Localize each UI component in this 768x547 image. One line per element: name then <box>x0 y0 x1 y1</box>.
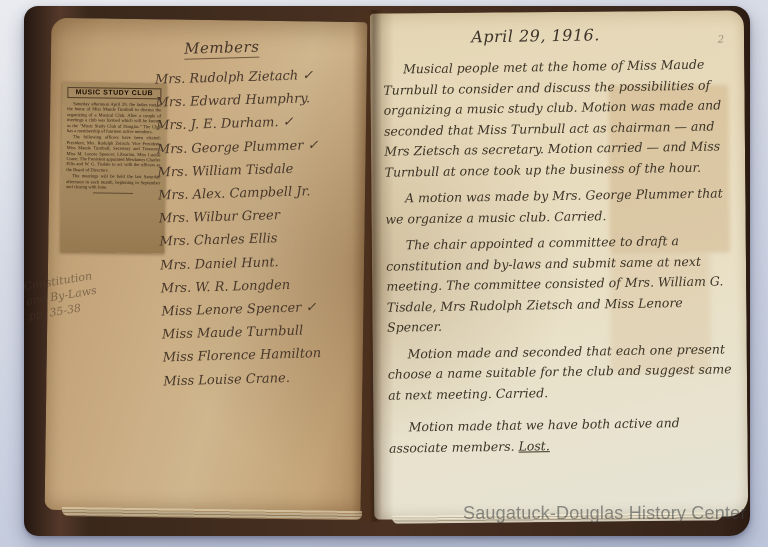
scrapbook-photo: MUSIC STUDY CLUB Saturday afternoon Apri… <box>0 0 768 547</box>
clipping-paragraph: The following officers have been elected… <box>66 134 161 173</box>
clipping-paragraph: The meetings will be held the last Satur… <box>66 173 160 191</box>
minutes-paragraph: Motion made that we have both active and… <box>389 412 736 458</box>
minutes-paragraph: A motion was made by Mrs. George Plummer… <box>385 183 732 229</box>
minutes-paragraph: The chair appointed a committee to draft… <box>386 230 734 338</box>
clipping-divider <box>93 192 133 194</box>
clipping-paragraph: Saturday afternoon April 29, the ladies … <box>67 101 161 135</box>
member-name: Miss Louise Crane. <box>163 365 364 394</box>
minutes-paragraph: Musical people met at the home of Miss M… <box>383 54 731 182</box>
clipping-headline: MUSIC STUDY CLUB <box>67 87 161 99</box>
minutes-paragraph: Motion made and seconded that each one p… <box>387 339 734 406</box>
members-heading: Members <box>184 38 260 60</box>
left-page: MUSIC STUDY CLUB Saturday afternoon Apri… <box>45 18 368 514</box>
right-page: 2 April 29, 1916. Musical people met at … <box>370 10 748 519</box>
entry-date: April 29, 1916. <box>382 24 688 48</box>
newspaper-clipping: MUSIC STUDY CLUB Saturday afternoon Apri… <box>60 82 166 253</box>
motion-result: Lost. <box>518 438 549 453</box>
watermark-text: Saugatuck-Douglas History Center <box>463 503 747 524</box>
minutes-text: April 29, 1916. Musical people met at th… <box>382 23 735 464</box>
members-list: Members Mrs. Rudolph Zietach ✓ Mrs. Edwa… <box>154 34 364 393</box>
